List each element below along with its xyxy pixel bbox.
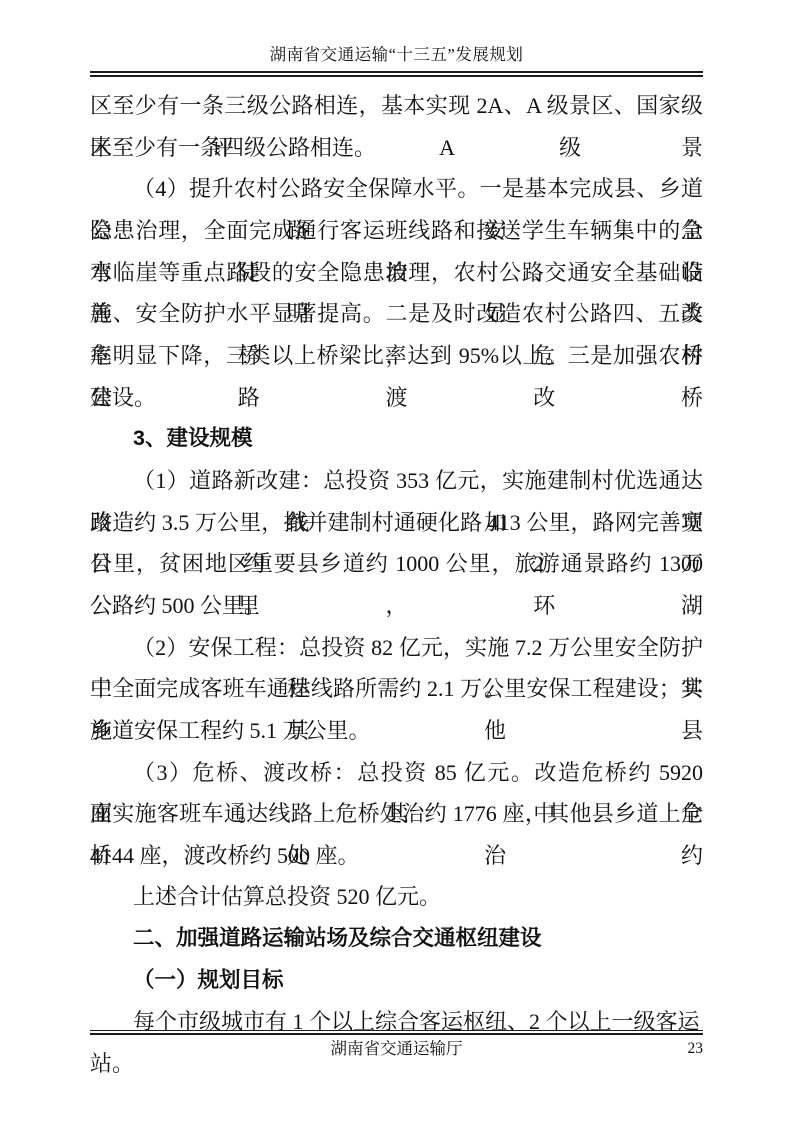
page-footer: 湖南省交通运输厅 23 [90, 1038, 703, 1060]
page-header-title: 湖南省交通运输“十三五”发展规划 [90, 45, 703, 65]
footer-department: 湖南省交通运输厅 [331, 1039, 463, 1058]
body-text-line: 隐患治理，全面完成通行客运班线路和接送学生车辆集中的急弯陡坡、临 [90, 210, 703, 252]
body-text-line: （2）安保工程：总投资 82 亿元，实施 7.2 万公里安全防护工程。其 [90, 627, 703, 669]
body-text-line: （4）提升农村公路安全保障水平。一是基本完成县、乡道公路安全 [90, 168, 703, 210]
document-page: 湖南省交通运输“十三五”发展规划 区至少有一条三级公路相连，基本实现 2A、A … [0, 0, 793, 1122]
body-text-line: 率明显下降，三类以上桥梁比率达到 95%以上。三是加强农村公路渡改桥 [90, 335, 703, 377]
body-text-line: 上述合计估算总投资 520 亿元。 [90, 876, 703, 918]
body-text-line: 面实施客班车通达线路上危桥处治约 1776 座，其他县乡道上危桥处治约 [90, 793, 703, 835]
body-text-line: （1）道路新改建：总投资 353 亿元，实施建制村优选通达路线加宽 [90, 460, 703, 502]
section-heading: 二、加强道路运输站场及综合交通枢纽建设 [90, 918, 703, 960]
document-body: 区至少有一条三级公路相连，基本实现 2A、A 级景区、国家级未评 A 级景区至少… [90, 85, 703, 1043]
body-text-line: （3）危桥、渡改桥：总投资 85 亿元。改造危桥约 5920 座。其中全 [90, 752, 703, 794]
section-heading: 3、建设规模 [90, 418, 703, 460]
header-rule [90, 71, 703, 77]
body-text-line: 每个市级城市有 1 个以上综合客运枢纽、2 个以上一级客运站。 [90, 1001, 703, 1043]
body-text-line: 公里，贫困地区重要县乡道约 1000 公里，旅游通景路约 1300 公里，环湖 [90, 543, 703, 585]
footer-rule [90, 1030, 703, 1035]
body-text-line: 区至少有一条三级公路相连，基本实现 2A、A 级景区、国家级未评 A 级景 [90, 85, 703, 127]
page-number: 23 [688, 1038, 704, 1060]
body-text-line: 善、安全防护水平显著提高。二是及时改造农村公路四、五类危桥，危桥 [90, 293, 703, 335]
body-text-line: 改造约 3.5 万公里，撤并建制村通硬化路 413 公里，路网完善项目约 2 万 [90, 502, 703, 544]
body-text-line: 水临崖等重点路段的安全隐患治理，农村公路交通安全基础设施明显改 [90, 252, 703, 294]
section-heading: （一）规划目标 [90, 960, 703, 1002]
body-text-line: 中全面完成客班车通达线路所需约 2.1 万公里安保工程建设；实施其他县 [90, 668, 703, 710]
